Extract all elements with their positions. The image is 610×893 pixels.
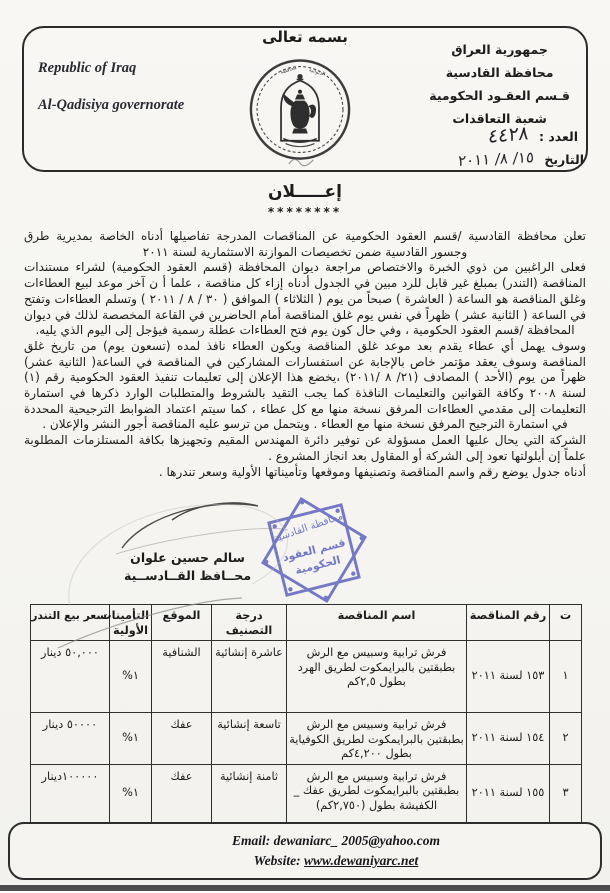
body-paragraph-1: تعلن محافظة القادسية /قسم العقود الحكومي…: [24, 229, 586, 260]
pen-scribble: [289, 159, 314, 165]
cell-tender-name: فرش ترابية وسبيس مع الرش بطبقتين بالبراي…: [287, 764, 467, 822]
col-header-tender-number: رقم المناقصة: [467, 605, 550, 641]
body-paragraph-2: فعلى الراغبين من ذوي الخبرة والاختصاص مر…: [24, 260, 586, 339]
col-header-tender-name: اسم المناقصة: [287, 605, 467, 641]
col-header-classification: درجة التصنيف: [212, 605, 287, 641]
website-label: Website:: [254, 853, 301, 868]
website-line: Website: www.dewaniyarc.net: [72, 851, 600, 871]
col-header-tender-price: سعر بيع التندر: [31, 605, 110, 641]
emblem-ribbon-left: الديوانية: [308, 67, 325, 77]
announcement-body: تعلن محافظة القادسية /قسم العقود الحكومي…: [24, 229, 586, 480]
cell-classification: تاسعة إنشائية: [212, 713, 287, 765]
reference-number-line: العدد : ٤٤٢٨: [482, 124, 578, 146]
cell-index: ٢: [550, 713, 582, 765]
cell-index: ٣: [550, 764, 582, 822]
date-label: التاريخ: [544, 152, 584, 167]
letterhead-box: بسمه تعالى Republic of Iraq Al-Qadisiya …: [22, 26, 588, 172]
email-value: dewaniarc_ 2005@yahoo.com: [274, 833, 440, 848]
date-line: التاريخ ١٥/ ٨/ ٢٠١١: [452, 150, 584, 168]
cell-location: الشنافية: [152, 641, 212, 713]
signatory-role: محــافظ القــادســية: [124, 567, 251, 585]
website-value: www.dewaniyarc.net: [304, 853, 418, 868]
col-header-index: ت: [550, 605, 582, 641]
title-asterisks: ********: [0, 205, 610, 219]
table-row: ١ ١٥٣ لسنة ٢٠١١ فرش ترابية وسبيس مع الرش…: [31, 641, 582, 713]
col-header-initial-deposit: التأمينات الأولية: [110, 605, 152, 641]
signatory-name: سالم حسين علوان: [124, 549, 251, 567]
announcement-title: إعـــــلان: [0, 182, 610, 202]
signature-block: سالم حسين علوان محــافظ القــادســية: [124, 549, 251, 584]
body-paragraph-3: وسوف يهمل أي عطاء يقدم بعد موعد غلق المن…: [24, 339, 586, 433]
cell-location: عفك: [152, 764, 212, 822]
table-row: ٣ ١٥٥ لسنة ٢٠١١ فرش ترابية وسبيس مع الرش…: [31, 764, 582, 822]
contact-lines: Email: dewaniarc_ 2005@yahoo.com Website…: [10, 831, 600, 871]
cell-index: ١: [550, 641, 582, 713]
cell-classification: عاشرة إنشائية: [212, 641, 287, 713]
arabic-department: قـسم العقـود الحكومية: [429, 84, 570, 107]
cell-price: ١٠٠٠٠٠دينار: [31, 764, 110, 822]
reference-number-label: العدد :: [539, 129, 578, 144]
cell-deposit: ١%: [110, 641, 152, 713]
emblem-ribbon-right: محافظة: [280, 65, 298, 76]
contact-footer-box: Email: dewaniarc_ 2005@yahoo.com Website…: [8, 822, 602, 880]
table-row: ٢ ١٥٤ لسنة ٢٠١١ فرش ترابية وسبيس مع الرش…: [31, 713, 582, 765]
cell-price: ٥٠٠٠٠ دينار: [31, 713, 110, 765]
english-letterhead: Republic of Iraq Al-Qadisiya governorate: [38, 60, 184, 134]
reference-number-handwritten: ٤٤٢٨: [487, 122, 529, 148]
col-header-location: الموقع: [152, 605, 212, 641]
cell-tender-name: فرش ترابية وسبيس مع الرش بطبقتين بالبراي…: [287, 713, 467, 765]
body-paragraph-5: أدناه جدول يوضع رقم واسم المناقصة وتصنيف…: [24, 465, 586, 481]
email-line: Email: dewaniarc_ 2005@yahoo.com: [72, 831, 600, 851]
cell-deposit: ١%: [110, 713, 152, 765]
arabic-letterhead: جمهورية العراق محافظة القادسية قـسم العق…: [429, 38, 570, 130]
arabic-governorate: محافظة القادسية: [429, 61, 570, 84]
cell-classification: ثامنة إنشائية: [212, 764, 287, 822]
cell-location: عفك: [152, 713, 212, 765]
governorate-emblem-icon: محافظة الديوانية: [244, 56, 356, 172]
cell-tender-name: فرش ترابية وسبيس مع الرش بطبقتين بالبراي…: [287, 641, 467, 713]
cell-price: ٥٠,٠٠٠ دينار: [31, 641, 110, 713]
body-paragraph-4: الشركة التي يحال عليها العمل مسؤولة عن ت…: [24, 433, 586, 464]
cell-tender-number: ١٥٤ لسنة ٢٠١١: [467, 713, 550, 765]
arabic-country: جمهورية العراق: [429, 38, 570, 61]
cell-deposit: ١%: [110, 764, 152, 822]
english-governorate: Al-Qadisiya governorate: [38, 97, 184, 114]
date-handwritten: ١٥/ ٨/ ٢٠١١: [457, 148, 534, 170]
cell-tender-number: ١٥٥ لسنة ٢٠١١: [467, 764, 550, 822]
scanned-tender-announcement-page: بسمه تعالى Republic of Iraq Al-Qadisiya …: [0, 0, 610, 893]
cell-tender-number: ١٥٣ لسنة ٢٠١١: [467, 641, 550, 713]
tenders-table: ت رقم المناقصة اسم المناقصة درجة التصنيف…: [30, 604, 582, 823]
english-country: Republic of Iraq: [38, 60, 184, 77]
email-label: Email:: [232, 833, 270, 848]
table-header-row: ت رقم المناقصة اسم المناقصة درجة التصنيف…: [31, 605, 582, 641]
